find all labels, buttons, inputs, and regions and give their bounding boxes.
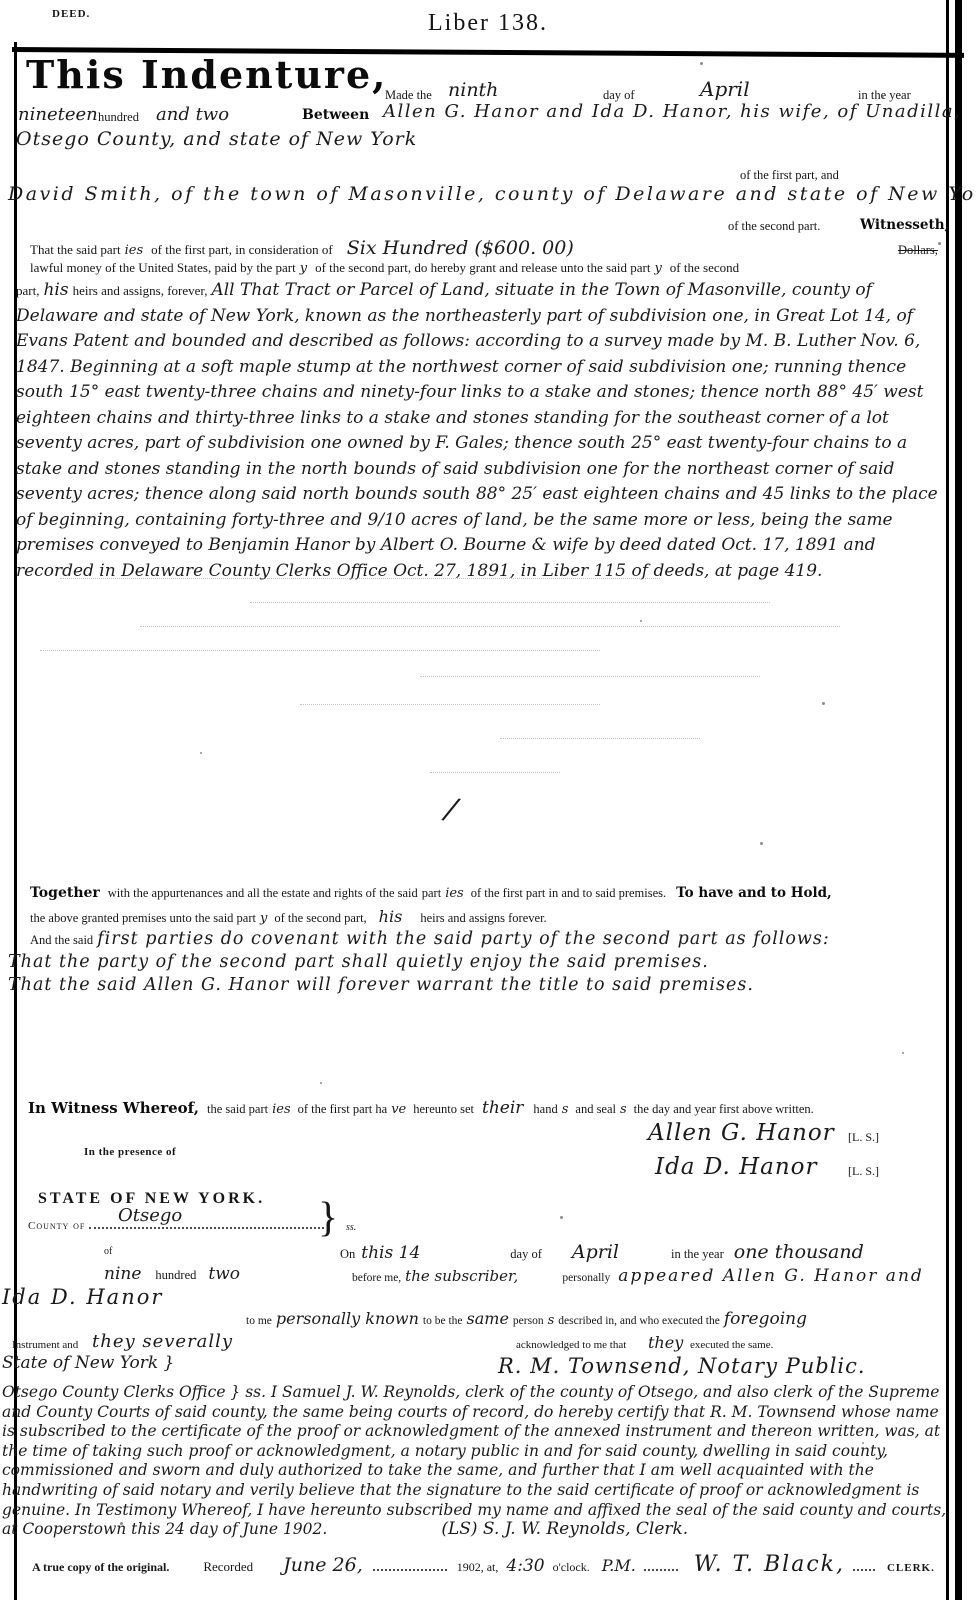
instrument-and-label: Instrument and (12, 1339, 78, 1351)
his-insert: his (43, 280, 68, 300)
s-insert-2: s (620, 1102, 627, 1117)
nine-handwritten: nine (104, 1264, 141, 1284)
granted-label-2: of the second part, (274, 911, 366, 925)
s-plural-insert: s (548, 1313, 555, 1328)
state-of-ny-handwritten: State of New York } (2, 1353, 174, 1373)
lawful-money-label-2: of the second part, do hereby grant and … (315, 260, 650, 275)
one-thousand-handwritten: one thousand (734, 1241, 864, 1263)
y-insert-2: y (654, 261, 661, 276)
hundred-label-2: hundred (155, 1268, 196, 1282)
part-comma-label: part, (16, 283, 39, 298)
their-insert: their (482, 1098, 523, 1118)
ink-speck (560, 1216, 563, 1219)
two-handwritten: two (208, 1264, 240, 1284)
described-label: described in, and who executed the (558, 1315, 720, 1327)
clerk-certificate-body: Otsego County Clerks Office } ss. I Samu… (2, 1383, 946, 1538)
property-description-handwritten: All That Tract or Parcel of Land, situat… (16, 280, 938, 581)
clerk-certificate-paragraph: Otsego County Clerks Office } ss. I Samu… (2, 1383, 954, 1540)
to-have-and-to-hold-label: To have and to Hold, (676, 885, 832, 901)
indenture-title: This Indenture, (26, 52, 387, 97)
county-handwritten: Otsego (118, 1205, 182, 1226)
witness-label-1: the said part (207, 1102, 268, 1116)
year-at-label: 1902, at, (457, 1560, 499, 1574)
s-insert-1: s (562, 1102, 569, 1117)
quiet-enjoy-handwritten: That the party of the second part shall … (8, 952, 709, 972)
year-word-1: nineteen (18, 104, 98, 125)
ink-speck (200, 752, 202, 754)
that-said-part-label: That the said part (30, 242, 121, 257)
consideration-line-1: That the said part ies of the first part… (30, 237, 574, 259)
faint-line (300, 704, 600, 705)
of-first-part-label: of the first part, and (740, 168, 839, 183)
ink-speck (320, 1082, 322, 1084)
granted-label-1: the above granted premises unto the said… (30, 911, 256, 925)
subscriber-handwritten: the subscriber, (405, 1267, 518, 1285)
his-insert-2: his (379, 907, 403, 926)
recorded-row: A true copy of the original. Recorded Ju… (32, 1552, 935, 1577)
and-the-said-label: And the said (30, 933, 93, 947)
nine-hundred-two-row: nine hundred two (104, 1264, 240, 1284)
granted-label-3: heirs and assigns forever. (420, 911, 546, 925)
clerk-signature-handwritten: W. T. Black, (694, 1552, 845, 1577)
heirs-assigns-label: heirs and assigns, forever, (73, 283, 208, 298)
ies-insert-3: ies (272, 1102, 291, 1117)
they-handwritten: they (648, 1333, 683, 1352)
clerk-label: CLERK. (887, 1562, 935, 1574)
grantee-line: David Smith, of the town of Masonville, … (8, 183, 976, 205)
dotted-leader (853, 1558, 875, 1571)
grantor-signature-1: Allen G. Hanor (648, 1120, 835, 1146)
witnesseth-label: Witnesseth, (860, 217, 949, 233)
seal-mark-2: [L. S.] (848, 1164, 879, 1179)
ink-speck (760, 842, 763, 845)
between-label: Between (302, 107, 369, 123)
grantor-signature-2: Ida D. Hanor (655, 1154, 818, 1180)
ies-insert-2: ies (445, 886, 464, 901)
together-line-1: Together with the appurtenances and all … (30, 884, 832, 902)
in-witness-line: In Witness Whereof, the said part ies of… (28, 1098, 814, 1118)
day-handwritten: ninth (448, 79, 498, 101)
foregoing-handwritten: foregoing (724, 1309, 807, 1329)
in-presence-of-label: In the presence of (84, 1146, 176, 1158)
personally-known-handwritten: personally known (276, 1309, 419, 1328)
time-handwritten: 4:30 (506, 1556, 544, 1576)
before-me-label: before me, (352, 1272, 401, 1284)
true-copy-label: A true copy of the original. (32, 1560, 169, 1574)
oclock-label: o'clock. (553, 1560, 590, 1574)
ss-label: ss. (346, 1222, 356, 1233)
faint-line (430, 772, 560, 773)
ies-insert-1: ies (125, 243, 144, 258)
page-border-right-inner (946, 0, 949, 1600)
meridiem-handwritten: P.M. (602, 1556, 636, 1575)
this-day-handwritten: this 14 (361, 1243, 420, 1263)
ink-speck (882, 96, 884, 98)
notary-signature: R. M. Townsend, Notary Public. (498, 1354, 866, 1378)
grantors-line-2: Otsego County, and state of New York (16, 128, 417, 150)
faint-line (140, 626, 840, 627)
year-word-2: and two (156, 104, 229, 125)
witness-label-3: hereunto set (413, 1102, 474, 1116)
appurtenances-label-2: of the first part in and to said premise… (471, 886, 666, 900)
covenant-line: And the said first parties do covenant w… (30, 929, 830, 949)
personally-label: personally (562, 1272, 610, 1284)
faint-line (250, 602, 770, 603)
of-small-label: of (104, 1246, 112, 1257)
to-be-the-label: to be the (423, 1315, 463, 1327)
lawful-money-label-1: lawful money of the United States, paid … (30, 260, 296, 275)
in-consideration-label: of the first part, in consideration of (151, 242, 333, 257)
known-row: to me personally known to be the same pe… (246, 1309, 807, 1329)
ink-speck (700, 62, 703, 65)
lawful-money-label-3: of the second (670, 260, 739, 275)
faint-line (500, 738, 700, 739)
ink-speck (822, 702, 825, 705)
dotted-leader (644, 1558, 678, 1571)
together-label: Together (30, 885, 100, 901)
dollars-struck-label: Dollars, (898, 243, 938, 258)
hundred-label: hundred (98, 110, 139, 125)
deed-document-page: DEED. Liber 138. This Indenture, Made th… (0, 0, 976, 1600)
in-witness-whereof-label: In Witness Whereof, (28, 1099, 199, 1117)
part-label: part (422, 886, 441, 900)
seal-mark-1: [L. S.] (848, 1130, 879, 1145)
witness-label-4: hand (533, 1102, 557, 1116)
witness-label-6: the day and year first above written. (634, 1102, 814, 1116)
faint-line (60, 578, 660, 579)
executed-label: executed the same. (690, 1339, 773, 1351)
county-brace: } (318, 1194, 338, 1242)
county-of-label: County of (28, 1220, 85, 1232)
y-insert-3: y (260, 911, 267, 926)
amount-handwritten: Six Hundred ($600. 00) (347, 237, 574, 259)
faint-line (420, 676, 760, 677)
covenant-handwritten: first parties do covenant with the said … (97, 929, 830, 949)
page-border-right-outer (955, 0, 962, 1600)
acknowledged-label: acknowledged to me that (516, 1339, 626, 1351)
of-second-part-label: of the second part. (728, 219, 820, 234)
day-of-label-2: day of (510, 1247, 542, 1261)
ink-speck (902, 1052, 904, 1054)
clerk-certificate-signature: (LS) S. J. W. Reynolds, Clerk. (441, 1519, 688, 1539)
month-handwritten: April (700, 77, 750, 101)
witness-label-5: and seal (575, 1102, 616, 1116)
liber-title: Liber 138. (0, 10, 976, 37)
ve-insert: ve (391, 1102, 406, 1117)
faint-line (40, 650, 600, 651)
ida-handwritten: Ida D. Hanor (2, 1285, 163, 1309)
recorded-label: Recorded (203, 1559, 253, 1574)
appurtenances-label-1: with the appurtenances and all the estat… (108, 886, 418, 900)
ink-speck (640, 620, 642, 622)
on-label: On (340, 1247, 355, 1261)
recorded-date-handwritten: June 26, (283, 1554, 363, 1576)
appeared-handwritten: appeared Allen G. Hanor and (618, 1266, 924, 1286)
witness-label-2: of the first part ha (298, 1102, 388, 1116)
y-insert-1: y (300, 261, 307, 276)
ack-date-row: On this 14 day of April in the year one … (340, 1241, 864, 1263)
ink-speck (938, 242, 941, 245)
warrant-handwritten: That the said Allen G. Hanor will foreve… (8, 975, 754, 995)
stray-ink-mark: / (442, 791, 459, 827)
consideration-line-2: lawful money of the United States, paid … (30, 259, 739, 277)
together-line-2: the above granted premises unto the said… (30, 907, 547, 927)
person-label: person (513, 1315, 544, 1327)
same-handwritten: same (467, 1309, 509, 1328)
month-handwritten-2: April (572, 1241, 619, 1263)
to-me-label: to me (246, 1315, 272, 1327)
they-severally-handwritten: they severally (92, 1331, 233, 1352)
grantors-line-1: Allen G. Hanor and Ida D. Hanor, his wif… (383, 101, 961, 122)
in-the-year-label-2: in the year (671, 1247, 724, 1261)
ack-appeared-row: before me, the subscriber, personally ap… (352, 1266, 924, 1286)
property-description-paragraph: part, his heirs and assigns, forever, Al… (16, 278, 956, 584)
dotted-leader (373, 1558, 447, 1571)
